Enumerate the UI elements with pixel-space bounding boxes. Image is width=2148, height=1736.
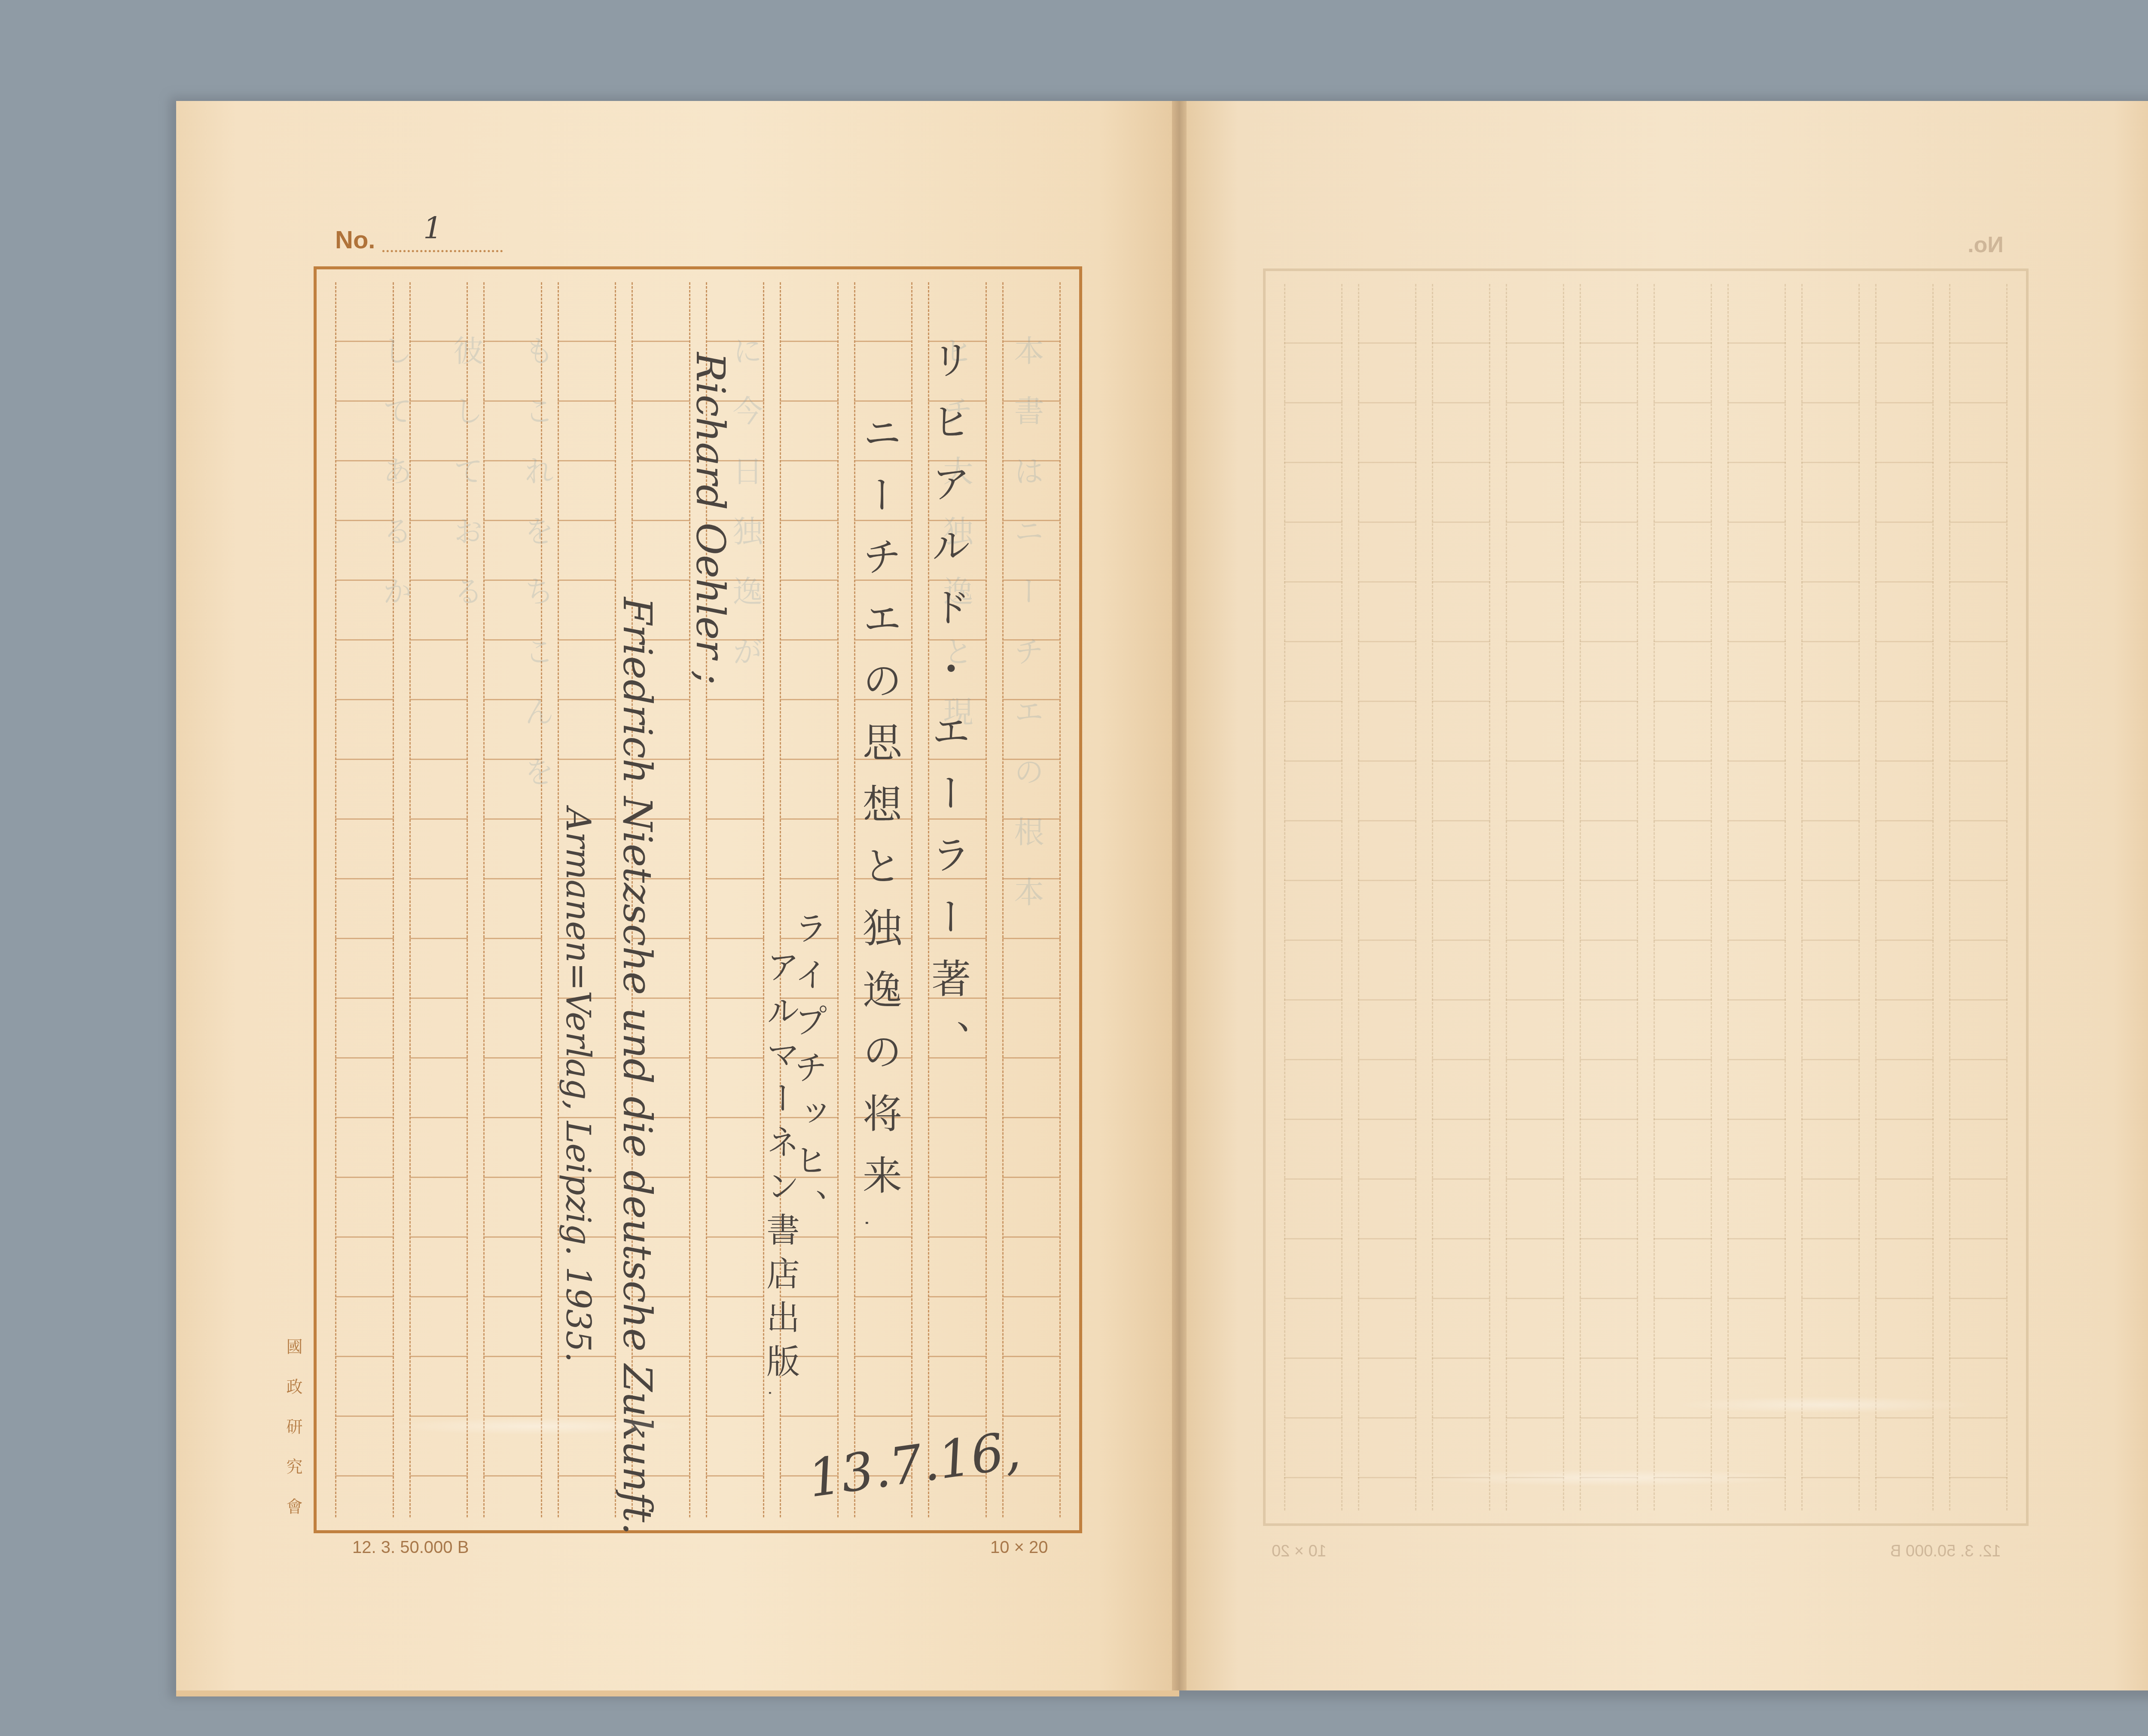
handwritten-de-title: Friedrich Nietzsche und die deutsche Zuk…	[614, 597, 660, 1535]
show-through-text: してあるか	[374, 335, 417, 636]
paper-wrinkle	[1675, 1396, 1976, 1413]
page-number-value: 1	[423, 211, 442, 246]
grid-column	[1949, 284, 2008, 1510]
grid-column	[1506, 284, 1564, 1510]
grid-column	[1580, 284, 1638, 1510]
mirrored-print-code: 12. 3. 50.000 B	[1890, 1542, 2001, 1561]
grid-column	[1875, 284, 1934, 1510]
grid-column	[1358, 284, 1416, 1510]
paper-wrinkle	[1418, 1469, 1804, 1486]
grid-column	[1654, 284, 1712, 1510]
show-through-text: 本書はニーチエの根本	[1005, 335, 1049, 937]
paper-wrinkle	[387, 1418, 687, 1435]
grid-column	[1432, 284, 1490, 1510]
mirrored-grid	[1276, 284, 2015, 1510]
book-gutter	[1172, 101, 1187, 1690]
handwritten-jp-publisher: アルマーネン書店出版.	[756, 949, 804, 1409]
handwritten-jp-title: ニーチエの思想と独逸の将来.	[851, 412, 907, 1251]
show-through-text: 彼しておる	[445, 335, 488, 636]
grid-column	[1727, 284, 1786, 1510]
print-code: 12. 3. 50.000 B	[352, 1538, 469, 1557]
mirrored-grid-frame	[1263, 268, 2029, 1526]
handwritten-de-publisher: Armanen=Verlag, Leipzig. 1935.	[558, 808, 597, 1362]
page-number-dotted-line	[382, 250, 503, 252]
handwritten-jp-author: リヒアルド・エーラー著、	[919, 339, 976, 1082]
grid-column	[1801, 284, 1860, 1510]
page-number-label: No.	[335, 226, 375, 254]
show-through-text: もこれをちこんを	[516, 335, 559, 816]
handwritten-de-author: Richard Oehler ;	[687, 352, 733, 685]
publisher-imprint: 國政研究會	[281, 1338, 305, 1538]
mirrored-page-number-label: No.	[1968, 232, 2004, 258]
grid-column	[1284, 284, 1342, 1510]
mirrored-grid-format-label: 10 × 20	[1272, 1542, 1327, 1561]
grid-format-label: 10 × 20	[990, 1538, 1048, 1557]
